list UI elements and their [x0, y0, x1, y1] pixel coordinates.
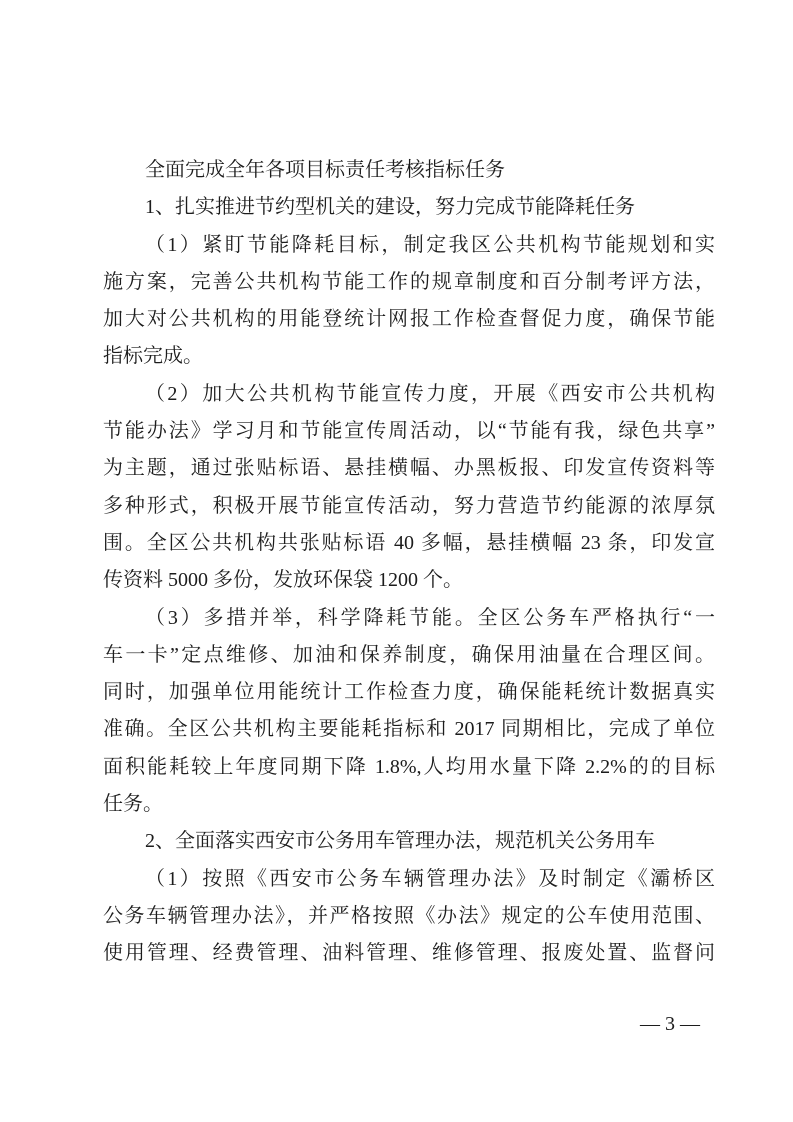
text-line: 任务。 — [103, 786, 715, 823]
text-line: 使用管理、经费管理、油料管理、维修管理、报废处置、监督问 — [103, 935, 715, 972]
text-line: 1、扎实推进节约型机关的建设，努力完成节能降耗任务 — [103, 189, 715, 226]
text-line: 多种形式，积极开展节能宣传活动，努力营造节约能源的浓厚氛 — [103, 488, 715, 525]
text-line: 同时，加强单位用能统计工作检查力度，确保能耗统计数据真实 — [103, 674, 715, 711]
text-line: 传资料 5000 多份，发放环保袋 1200 个。 — [103, 562, 715, 599]
text-line: 为主题，通过张贴标语、悬挂横幅、办黑板报、印发宣传资料等 — [103, 450, 715, 487]
document-body: 全面完成全年各项目标责任考核指标任务1、扎实推进节约型机关的建设，努力完成节能降… — [103, 152, 715, 973]
text-line: 面积能耗较上年度同期下降 1.8%,人均用水量下降 2.2%的的目标 — [103, 749, 715, 786]
text-line: 公务车辆管理办法》，并严格按照《办法》规定的公车使用范围、 — [103, 898, 715, 935]
text-line: 准确。全区公共机构主要能耗指标和 2017 同期相比，完成了单位 — [103, 711, 715, 748]
text-line: 施方案，完善公共机构节能工作的规章制度和百分制考评方法， — [103, 264, 715, 301]
text-line: 指标完成。 — [103, 338, 715, 375]
text-line: （3）多措并举，科学降耗节能。全区公务车严格执行“一 — [103, 600, 715, 637]
text-line: （1）按照《西安市公务车辆管理办法》及时制定《灞桥区 — [103, 861, 715, 898]
text-line: （1）紧盯节能降耗目标，制定我区公共机构节能规划和实 — [103, 227, 715, 264]
text-line: （2）加大公共机构节能宣传力度，开展《西安市公共机构 — [103, 376, 715, 413]
text-line: 全面完成全年各项目标责任考核指标任务 — [103, 152, 715, 189]
document-page: 全面完成全年各项目标责任考核指标任务1、扎实推进节约型机关的建设，努力完成节能降… — [0, 0, 793, 1122]
text-line: 车一卡”定点维修、加油和保养制度，确保用油量在合理区间。 — [103, 637, 715, 674]
text-line: 2、全面落实西安市公务用车管理办法，规范机关公务用车 — [103, 823, 715, 860]
text-line: 节能办法》学习月和节能宣传周活动，以“节能有我，绿色共享” — [103, 413, 715, 450]
text-line: 围。全区公共机构共张贴标语 40 多幅，悬挂横幅 23 条，印发宣 — [103, 525, 715, 562]
page-number: — 3 — — [640, 1012, 700, 1036]
text-line: 加大对公共机构的用能登统计网报工作检查督促力度，确保节能 — [103, 301, 715, 338]
